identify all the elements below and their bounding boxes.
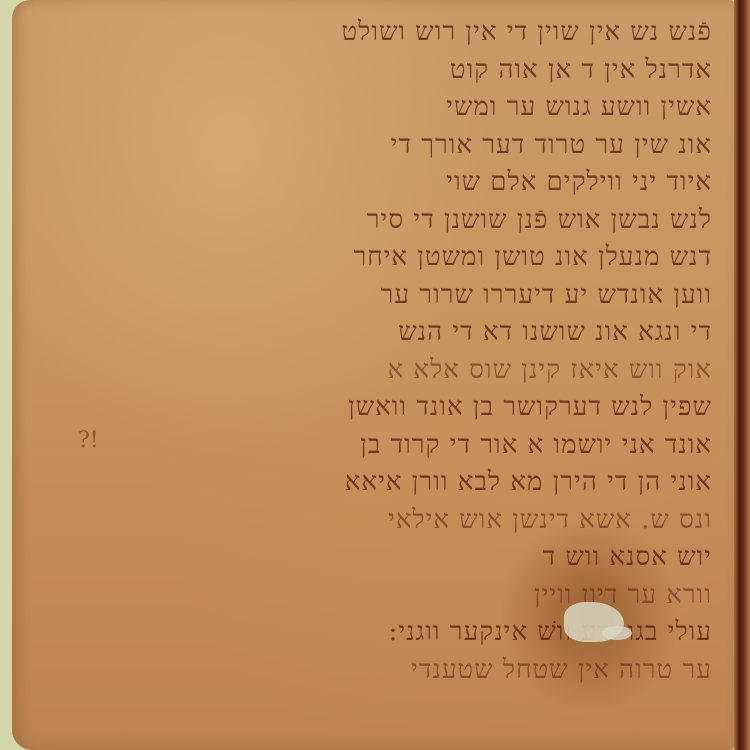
text-line: אונ שין ער טרוד דער אורך די [92, 127, 712, 165]
paper-damage-stain [602, 626, 632, 640]
text-line: לנש נבשן אוש פֿנן שושנן די סיר [92, 202, 712, 240]
text-line: אשין וושע גנוש ער ומשי [92, 89, 712, 127]
text-line: וורא ער דיון וויין [92, 577, 712, 615]
text-line: פֿנש נש אין שוין די אין רוש ושולט [92, 14, 712, 52]
text-line: אוני הן די הירן מא לבא וורן איאא [92, 464, 712, 502]
text-line: אדרנל אין ד אן אוה קוט [92, 52, 712, 90]
text-line: ווען אונדש יע דיעררו שרור ער [92, 277, 712, 315]
text-line: אוק ווש איאז קינן שוס אלא א [92, 352, 712, 390]
text-line: שפין לנש דערקושר בן אונד וואשן [92, 389, 712, 427]
book-spine [734, 0, 750, 750]
text-line: דנש מנעלן אונ טושן ומשטן איחר [92, 239, 712, 277]
manuscript-page: פֿנש נש אין שוין די אין רוש ושולט אדרנל … [12, 0, 734, 750]
margin-note: ?! [78, 428, 99, 453]
manuscript-text: פֿנש נש אין שוין די אין רוש ושולט אדרנל … [92, 14, 712, 689]
text-line: יוש אסנא ווש ד [92, 539, 712, 577]
text-line: די ונגא אונ שושנו דא די הנש [92, 314, 712, 352]
text-line: ער טרוה אין שטחל שטענדי [92, 652, 712, 690]
text-line: ונס ש. אשא דינשן אוש אילאי [92, 502, 712, 540]
text-line: אונד אני יושמו א אור די קרוד בן [92, 427, 712, 465]
text-line: איוד יני ווילקים אלם שוי [92, 164, 712, 202]
